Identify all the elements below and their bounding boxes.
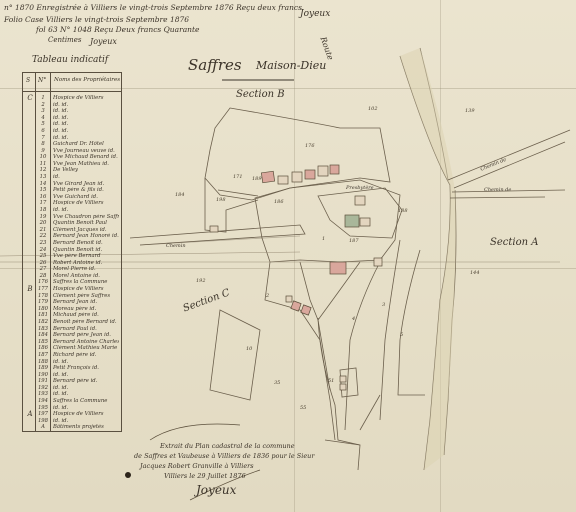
table-cell-number: 187 xyxy=(36,352,50,358)
table-cell-owner: id. id. xyxy=(53,405,119,411)
table-cell-owner: Quantin Benoît Paul xyxy=(53,220,119,226)
table-cell-owner: id. id. xyxy=(53,108,119,114)
table-cell-number: 177 xyxy=(36,286,50,292)
table-cell-number: 184 xyxy=(36,332,50,338)
parcel-number: 55 xyxy=(300,405,306,411)
parcel-number: 198 xyxy=(216,197,226,203)
table-cell-number: 1 xyxy=(36,95,50,101)
table-cell-owner: Richard père id. xyxy=(53,352,119,358)
table-cell-number: 193 xyxy=(36,391,50,397)
table-cell-number: 15 xyxy=(36,187,50,193)
table-cell-number: 186 xyxy=(36,345,50,351)
table-cell-owner: Bernard Benoît id. xyxy=(53,240,119,246)
table-header-section: S xyxy=(26,77,30,84)
table-cell-owner: Vve père Bernard xyxy=(53,253,119,259)
parcel-number: 184 xyxy=(175,192,185,198)
registration-note-line-3: fol 63 N° 1048 Reçu Deux francs Quarante xyxy=(36,26,199,34)
parcel-number: 144 xyxy=(470,270,480,276)
table-cell-number: 9 xyxy=(36,148,50,154)
parcel-number: 188 xyxy=(398,208,408,214)
table-cell-number: 23 xyxy=(36,240,50,246)
table-cell-number: A xyxy=(36,424,50,430)
registration-signature: Joyeux xyxy=(90,38,117,46)
table-cell-number: 2 xyxy=(36,102,50,108)
registration-signature: Joyeux xyxy=(300,10,330,19)
table-cell-owner: id. id. xyxy=(53,391,119,397)
table-cell-owner: Clément Jacques id. xyxy=(53,227,119,233)
parcel-number: 4 xyxy=(352,316,355,322)
table-cell-owner: id. id. xyxy=(53,115,119,121)
table-cell-owner: Hospice de Villiers xyxy=(53,411,119,417)
parcel-number: 1 xyxy=(322,236,325,242)
registration-note-line-1: n° 1870 Enregistrée à Villiers le vingt-… xyxy=(4,4,302,12)
table-cell-owner: id. id. xyxy=(53,385,119,391)
table-cell-number: 178 xyxy=(36,293,50,299)
table-cell-number: 8 xyxy=(36,141,50,147)
table-cell-owner: id. xyxy=(53,174,119,180)
registration-note-line-4: Centimes xyxy=(48,37,81,44)
table-cell-owner: Bâtiments projetés xyxy=(53,424,119,430)
table-cell-owner: Petit père & fils id. xyxy=(53,187,119,193)
table-cell-owner: Bernard Jean Honoré id. xyxy=(53,233,119,239)
table-cell-number: 183 xyxy=(36,326,50,332)
table-cell-owner: Vve Michaud Benard id. xyxy=(53,154,119,160)
table-cell-owner: Vve Guichard id. xyxy=(53,194,119,200)
table-cell-owner: id. id. xyxy=(53,359,119,365)
table-cell-owner: Petit François id. xyxy=(53,365,119,371)
table-cell-owner: Saffres la Commune xyxy=(53,279,119,285)
owners-table: S N° Noms des Propriétaires C1Hospice de… xyxy=(22,72,122,432)
table-cell-number: 11 xyxy=(36,161,50,167)
table-cell-owner: id. id. xyxy=(53,121,119,127)
table-cell-number: 4 xyxy=(36,115,50,121)
map-title-commune: Saffres xyxy=(188,58,242,73)
table-cell-owner: Vve Girard Jean id. xyxy=(53,181,119,187)
table-cell-owner: Hospice de Villiers xyxy=(53,95,119,101)
table-cell-owner: Bernard père Jean id. xyxy=(53,332,119,338)
table-cell-number: 12 xyxy=(36,167,50,173)
table-row: ABâtiments projetés xyxy=(23,424,121,433)
parcel-number: 51 xyxy=(328,378,334,384)
road-label-chemin: Chemin de xyxy=(484,188,511,193)
parcel-number: 10 xyxy=(246,346,252,352)
table-cell-owner: Clément père Saffres xyxy=(53,293,119,299)
caption-line-2: de Saffres et Vaubeuse à Villiers de 183… xyxy=(134,453,314,460)
table-header-number: N° xyxy=(38,77,46,84)
table-cell-number: 197 xyxy=(36,411,50,417)
table-cell-number: 7 xyxy=(36,135,50,141)
table-cell-number: 5 xyxy=(36,121,50,127)
table-cell-number: 181 xyxy=(36,312,50,318)
table-header-divider xyxy=(23,91,121,92)
table-cell-owner: id. id. xyxy=(53,418,119,424)
parcel-number: 102 xyxy=(368,106,378,112)
road-label-chemin: Chemin xyxy=(166,244,186,249)
table-cell-number: 179 xyxy=(36,299,50,305)
parcel-number: 189 xyxy=(252,176,262,182)
parcel-number: 3 xyxy=(382,302,385,308)
table-cell-number: 24 xyxy=(36,247,50,253)
table-cell-number: 176 xyxy=(36,279,50,285)
table-cell-owner: Michaud père id. xyxy=(53,312,119,318)
caption-line-1: Extrait du Plan cadastral de la commune xyxy=(160,443,295,450)
section-a-label: Section A xyxy=(490,238,538,248)
table-cell-number: 17 xyxy=(36,200,50,206)
table-cell-owner: Morel Antoine id. xyxy=(53,273,119,279)
table-cell-number: 190 xyxy=(36,372,50,378)
table-cell-owner: Hospice de Villiers xyxy=(53,286,119,292)
caption-signature: Joyeux xyxy=(196,484,236,496)
table-cell-owner: Bernard Paul id. xyxy=(53,326,119,332)
table-cell-owner: Vve Chaudron père Saffres xyxy=(53,214,119,220)
cadastral-map-sheet: n° 1870 Enregistrée à Villiers le vingt-… xyxy=(0,0,576,512)
caption-date: Villiers le 29 Juillet 1876 xyxy=(164,473,246,480)
table-cell-number: 182 xyxy=(36,319,50,325)
table-cell-owner: Hospice de Villiers xyxy=(53,200,119,206)
table-cell-owner: Robert Antoine id. xyxy=(53,260,119,266)
table-cell-number: 18 xyxy=(36,207,50,213)
table-cell-number: 3 xyxy=(36,108,50,114)
table-cell-owner: Bernard Jean id. xyxy=(53,299,119,305)
table-cell-number: 188 xyxy=(36,359,50,365)
parcel-number: 171 xyxy=(233,174,243,180)
table-cell-number: 198 xyxy=(36,418,50,424)
table-cell-number: 26 xyxy=(36,260,50,266)
table-cell-number: 28 xyxy=(36,273,50,279)
table-cell-owner: Moreau père id. xyxy=(53,306,119,312)
parcel-number: 5 xyxy=(400,332,403,338)
table-cell-number: 21 xyxy=(36,227,50,233)
table-cell-number: 6 xyxy=(36,128,50,134)
table-cell-number: 189 xyxy=(36,365,50,371)
table-cell-number: 19 xyxy=(36,214,50,220)
parcel-number: 187 xyxy=(349,238,359,244)
parcel-number: 35 xyxy=(274,380,280,386)
table-cell-owner: Bernard Antoine Charles id. xyxy=(53,339,119,345)
table-cell-number: 13 xyxy=(36,174,50,180)
table-cell-owner: id. id. xyxy=(53,372,119,378)
table-cell-owner: Bernard père id. xyxy=(53,378,119,384)
table-cell-number: 16 xyxy=(36,194,50,200)
table-title: Tableau indicatif xyxy=(32,56,108,65)
parcel-number: 176 xyxy=(305,143,315,149)
registration-note-line-2: Folio Case Villiers le vingt-trois Septe… xyxy=(4,16,189,24)
table-header-owner: Noms des Propriétaires xyxy=(54,77,120,83)
table-cell-number: 25 xyxy=(36,253,50,259)
parcel-number: 2 xyxy=(266,293,269,299)
table-cell-owner: Morel Pierre id. xyxy=(53,266,119,272)
table-cell-number: 194 xyxy=(36,398,50,404)
map-title-place: Maison-Dieu xyxy=(256,60,326,71)
table-cell-owner: Saffres la Commune xyxy=(53,398,119,404)
table-cell-owner: id. id. xyxy=(53,102,119,108)
table-cell-number: 191 xyxy=(36,378,50,384)
table-cell-owner: id. id. xyxy=(53,207,119,213)
caption-line-3: Jacques Robert Granville à Villiers xyxy=(140,463,254,470)
table-cell-owner: id. id. xyxy=(53,128,119,134)
table-cell-number: 185 xyxy=(36,339,50,345)
table-cell-owner: Vve Jean Mathieu id. xyxy=(53,161,119,167)
table-cell-number: 22 xyxy=(36,233,50,239)
table-cell-number: 14 xyxy=(36,181,50,187)
table-cell-number: 192 xyxy=(36,385,50,391)
table-cell-number: 20 xyxy=(36,220,50,226)
table-cell-number: 195 xyxy=(36,405,50,411)
parcel-number: 139 xyxy=(465,108,475,114)
table-cell-owner: Quantin Benoît id. xyxy=(53,247,119,253)
table-cell-owner: Clément Mathieu Marie id. xyxy=(53,345,119,351)
table-cell-owner: Vve Journeau veuve id. xyxy=(53,148,119,154)
table-cell-owner: Benoît père Bernard id. xyxy=(53,319,119,325)
table-cell-owner: Guichard Dr. Hôtel xyxy=(53,141,119,147)
building-label-presbytere: Presbytère xyxy=(346,186,374,191)
section-b-label: Section B xyxy=(236,90,285,100)
table-cell-owner: De Velley xyxy=(53,167,119,173)
table-cell-number: 180 xyxy=(36,306,50,312)
table-cell-owner: id. id. xyxy=(53,135,119,141)
table-cell-number: 10 xyxy=(36,154,50,160)
parcel-number: 192 xyxy=(196,278,206,284)
table-cell-number: 27 xyxy=(36,266,50,272)
parcel-number: 186 xyxy=(274,199,284,205)
